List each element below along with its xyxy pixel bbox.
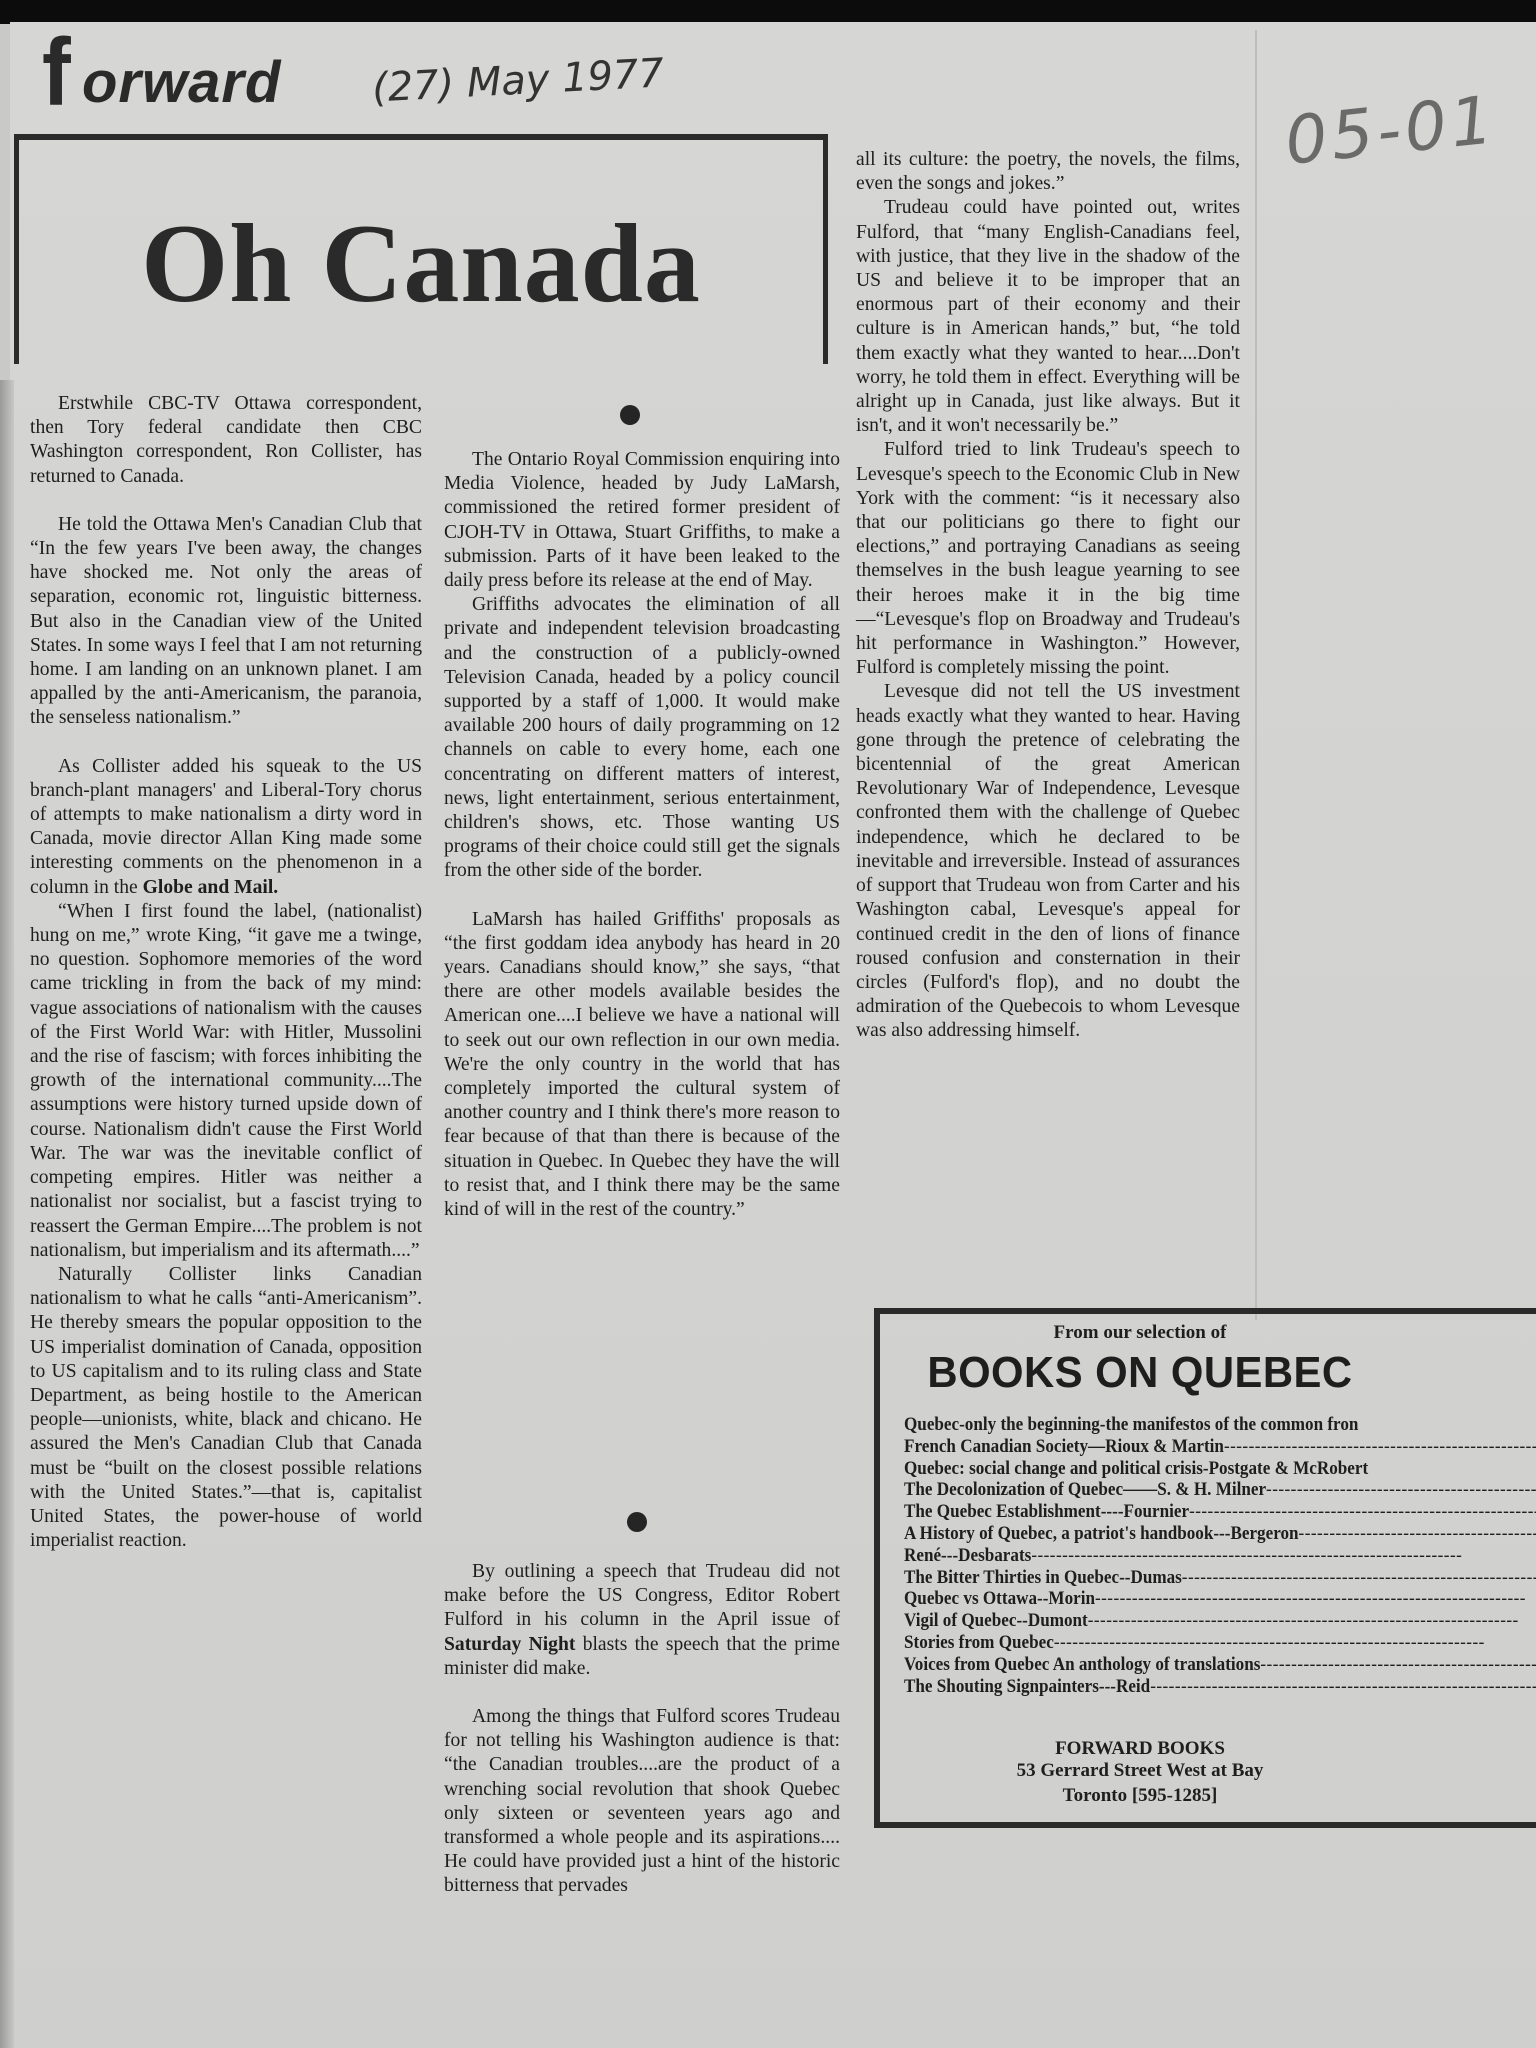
paragraph: Naturally Collister links Canadian natio…: [30, 1263, 422, 1553]
dot-leader: ----------------------------------------…: [1088, 1610, 1519, 1631]
book-title: Vigil of Quebec--Dumont: [904, 1610, 1088, 1631]
book-title: French Canadian Society—Rioux & Martin: [904, 1436, 1224, 1457]
book-item: Stories from Quebec---------------------…: [904, 1632, 1536, 1654]
book-title: Quebec vs Ottawa--Morin: [904, 1588, 1095, 1609]
headline: Oh Canada: [19, 204, 823, 324]
book-item: Quebec-only the beginning-the manifestos…: [904, 1414, 1536, 1436]
book-title: The Quebec Establishment----Fournier: [904, 1501, 1189, 1522]
book-item: René---Desbarats------------------------…: [904, 1545, 1536, 1567]
masthead-logo-text: orward: [82, 48, 281, 118]
dot-leader: ----------------------------------------…: [1189, 1501, 1536, 1522]
headline-box: Oh Canada: [14, 134, 828, 364]
paragraph: Erstwhile CBC-TV Ottawa correspondent, t…: [30, 392, 422, 489]
book-title: Quebec-only the beginning-the manifestos…: [904, 1414, 1358, 1435]
dot-leader: ----------------------------------------…: [1260, 1654, 1536, 1675]
book-item: French Canadian Society—Rioux & Martin--…: [904, 1436, 1536, 1458]
store-address: 53 Gerrard Street West at Bay: [880, 1760, 1400, 1782]
store-city-phone: Toronto [595-1285]: [880, 1785, 1400, 1807]
publication-name: Saturday Night: [444, 1634, 575, 1655]
dot-leader: ----------------------------------------…: [1054, 1632, 1485, 1653]
paragraph: Among the things that Fulford scores Tru…: [444, 1705, 840, 1899]
page-edge-shadow: [0, 380, 14, 2048]
book-item: Vigil of Quebec--Dumont-----------------…: [904, 1610, 1536, 1632]
book-title: René---Desbarats: [904, 1545, 1031, 1566]
page-fold-line: [1255, 30, 1257, 1320]
paragraph: He told the Ottawa Men's Canadian Club t…: [30, 513, 422, 731]
dot-leader: ----------------------------------------…: [1095, 1588, 1526, 1609]
article-column-2-lower: By outlining a speech that Trudeau did n…: [444, 1560, 840, 1899]
store-info: FORWARD BOOKS 53 Gerrard Street West at …: [880, 1738, 1400, 1807]
article-column-3: all its culture: the poetry, the novels,…: [856, 148, 1240, 1044]
paragraph: As Collister added his squeak to the US …: [30, 755, 422, 900]
publication-name: Globe and Mail.: [143, 877, 279, 898]
book-item: The Decolonization of Quebec——S. & H. Mi…: [904, 1479, 1536, 1501]
book-item: A History of Quebec, a patriot's handboo…: [904, 1523, 1536, 1545]
dot-leader: ----------------------------------------…: [1299, 1523, 1536, 1544]
paragraph: Fulford tried to link Trudeau's speech t…: [856, 438, 1240, 680]
article-column-1: Erstwhile CBC-TV Ottawa correspondent, t…: [30, 392, 422, 1553]
dot-leader: ----------------------------------------…: [1224, 1436, 1536, 1457]
book-list: Quebec-only the beginning-the manifestos…: [904, 1414, 1536, 1697]
book-item: Quebec vs Ottawa--Morin-----------------…: [904, 1588, 1536, 1610]
paragraph: By outlining a speech that Trudeau did n…: [444, 1560, 840, 1681]
book-title: The Bitter Thirties in Quebec--Dumas: [904, 1567, 1182, 1588]
paragraph: all its culture: the poetry, the novels,…: [856, 148, 1240, 196]
book-item: The Bitter Thirties in Quebec--Dumas----…: [904, 1567, 1536, 1589]
book-item: The Quebec Establishment----Fournier----…: [904, 1501, 1536, 1523]
scan-top-border: [0, 0, 1536, 24]
store-name: FORWARD BOOKS: [880, 1738, 1400, 1760]
paragraph-text: By outlining a speech that Trudeau did n…: [444, 1561, 840, 1630]
dot-leader: ----------------------------------------…: [1031, 1545, 1462, 1566]
section-bullet-icon: [627, 1512, 647, 1532]
section-bullet-icon: [620, 405, 640, 425]
books-advertisement: From our selection of BOOKS ON QUEBEC Qu…: [874, 1308, 1536, 1828]
article-column-2: The Ontario Royal Commission enquiring i…: [444, 448, 840, 1222]
paragraph: Griffiths advocates the elimination of a…: [444, 593, 840, 883]
book-title: A History of Quebec, a patriot's handboo…: [904, 1523, 1299, 1544]
book-item: Quebec: social change and political cris…: [904, 1458, 1536, 1480]
ad-subheading: From our selection of: [880, 1322, 1400, 1344]
dot-leader: ----------------------------------------…: [1182, 1567, 1536, 1588]
dot-leader: ----------------------------------------…: [1266, 1479, 1536, 1500]
masthead-logo-f: f: [42, 28, 71, 118]
book-title: Quebec: social change and political cris…: [904, 1458, 1368, 1479]
paragraph: Trudeau could have pointed out, writes F…: [856, 196, 1240, 438]
paragraph: “When I first found the label, (national…: [30, 900, 422, 1263]
book-title: Voices from Quebec An anthology of trans…: [904, 1654, 1260, 1675]
book-title: Stories from Quebec: [904, 1632, 1054, 1653]
ad-heading: BOOKS ON QUEBEC: [893, 1348, 1387, 1398]
book-title: The Decolonization of Quebec——S. & H. Mi…: [904, 1479, 1266, 1500]
dot-leader: ----------------------------------------…: [1150, 1676, 1536, 1697]
paragraph: LaMarsh has hailed Griffiths' proposals …: [444, 908, 840, 1223]
book-item: Voices from Quebec An anthology of trans…: [904, 1654, 1536, 1676]
book-title: The Shouting Signpainters---Reid: [904, 1676, 1150, 1697]
book-item: The Shouting Signpainters---Reid--------…: [904, 1676, 1536, 1698]
paragraph: The Ontario Royal Commission enquiring i…: [444, 448, 840, 593]
paragraph: Levesque did not tell the US investment …: [856, 680, 1240, 1043]
